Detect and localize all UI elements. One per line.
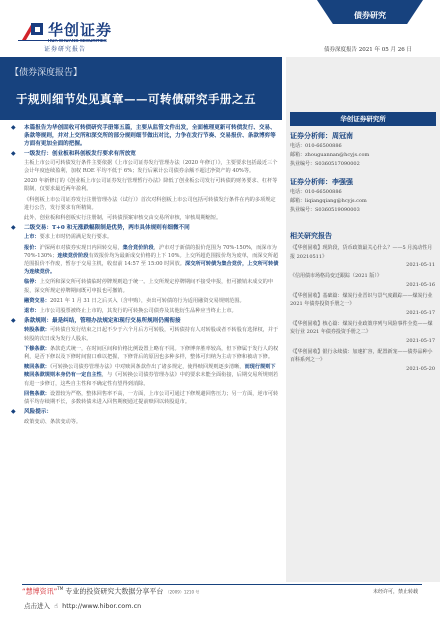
risk-text: 政策变动、条款变动等。 — [8, 418, 280, 426]
diamond-bullet-icon: ◆ — [11, 224, 16, 232]
analyst-email[interactable]: 邮箱：liqiangqiang@hcyjs.com — [290, 197, 367, 206]
related-report-date: 2021-05-11 — [290, 261, 435, 270]
summary-text: 本篇报告为华创固收可转债研究手册第五篇，主要从监管文件出发，全面梳理更新可转债发… — [24, 125, 276, 147]
primary-p4: 此外，创业板和科创板实行注册制，可转债预案审核交由交易所审核，审核周期缩短。 — [8, 214, 280, 222]
delist-keyword: 退市： — [24, 308, 40, 314]
footer-license: （2009）1210 号 — [166, 589, 200, 594]
terms-bullet: ◆ 条款规则：最是纠结，管理办法规定和现行交易所规则仍需衔接 — [8, 317, 280, 325]
analyst-email[interactable]: 邮箱：zhouguannan@hcyjs.com — [290, 151, 369, 160]
section-tab: 债券研究 — [317, 0, 423, 24]
report-type-date: 债券深度报告 2021 年 05 月 26 日 — [324, 45, 412, 53]
risk-bullet: ◆ 风险提示： — [8, 408, 280, 416]
footer-slogan: 专业的投资研究大数据分享平台 — [65, 587, 163, 595]
related-report-date: 2021-05-17 — [290, 337, 435, 346]
halt-keyword: 临停： — [24, 279, 40, 285]
trademark-icon: TM — [57, 586, 63, 591]
halt-text: 上交所和深交所可转债临时停牌规则趋于统一。上交所规定停牌期间不接受申报，但可撤销… — [24, 279, 273, 293]
diamond-bullet-icon: ◆ — [11, 124, 16, 132]
related-report-date: 2021-05-16 — [290, 281, 435, 290]
primary-p3: 《科创板上市公司证券发行注册管理办法（试行）》首次对科创板上市公司包括可转债发行… — [8, 196, 280, 212]
related-report-link[interactable]: 《【华创固收】核心篇：煤炭行业政策序列与风险事件全览——煤炭行业 2021 年债… — [290, 320, 435, 337]
brand-subtitle: 证券研究报告 — [44, 44, 86, 53]
listing-text: 要求上市时仍需满足发行要求。 — [40, 234, 113, 240]
delist-text: 上市公司股票被终止上市的，其发行的可转换公司债券及其他衍生品种应当终止上市。 — [40, 308, 237, 314]
enter-label: 点击进入 — [24, 602, 50, 610]
logo-mark-icon — [22, 20, 44, 40]
footer-brand: “慧博资讯” — [22, 587, 57, 595]
report-tag: 【债券深度报告】 — [10, 65, 82, 78]
analyst-card: 证券分析师：周冠南 电话：010-66500886 邮箱：zhouguannan… — [290, 129, 369, 169]
analyst-license: 执业编号：S0360519090003 — [290, 206, 367, 215]
summary-bullet: ◆ 本篇报告为华创固收可转债研究手册第五篇，主要从监管文件出发，全面梳理更新可转… — [8, 124, 280, 149]
analyst-name: 证券分析师：李强强 — [290, 175, 367, 188]
primary-bullet: ◆ 一级发行：创业板和科创板发行要求有所放宽 — [8, 150, 280, 158]
risk-heading: 风险提示： — [24, 409, 52, 415]
footer-link-row: 点击进入 ☝ http://www.hibor.com.cn — [24, 601, 141, 610]
listing-keyword: 上市： — [24, 234, 40, 240]
primary-heading: 一级发行：创业板和科创板发行要求有所放宽 — [24, 151, 136, 157]
terms-heading: 条款规则：最是纠结，管理办法规定和现行交易所规则仍需衔接 — [24, 318, 181, 324]
analyst-phone: 电话：010-66500886 — [290, 142, 369, 151]
diamond-bullet-icon: ◆ — [11, 150, 16, 158]
secondary-bullet: ◆ 二级交易：T+0 和无涨跌幅限制是优势，两市具体规则有细微不同 — [8, 224, 280, 232]
main-content: ◆ 本篇报告为华创固收可转债研究手册第五篇，主要从监管文件出发，全面梳理更新可转… — [8, 124, 280, 428]
footer-url-link[interactable]: http://www.hibor.com.cn — [62, 602, 141, 610]
related-report-link[interactable]: 《【华创固收】现阶段，货币政策最关心什么？——5 月流动性月报 20210511… — [290, 244, 435, 261]
related-reports-title: 相关研究报告 — [290, 231, 332, 241]
sidebar-header: 华创证券研究所 — [290, 112, 436, 126]
call-keyword: 赎回条款： — [24, 364, 50, 370]
put-text: 设置较为严格，整体回售率不高，一方面，上市公司可通过下修规避回售压力；另一方面，… — [24, 391, 278, 405]
related-report-link[interactable]: 《【华创固收】基础篇：煤炭行业晋识与景气度跟踪——煤炭行业 2021 年债券投资… — [290, 292, 435, 309]
put-keyword: 回售条款： — [24, 391, 50, 397]
reset-para: 下修条款：条款范式统一，在时间区间和价格比例设置上略有不同。下修博弈胜率较高，但… — [8, 345, 280, 361]
reset-keyword: 下修条款： — [24, 346, 50, 352]
report-title: 于规则细节处见真章——可转债研究手册之五 — [16, 91, 256, 107]
footer-branding: “慧博资讯”TM 专业的投资研究大数据分享平台 （2009）1210 号 — [22, 586, 199, 596]
sidebar: 华创证券研究所 证券分析师：周冠南 电话：010-66500886 邮箱：zho… — [286, 57, 440, 582]
related-report-date: 2021-05-17 — [290, 309, 435, 318]
margin-keyword: 融资交易： — [24, 298, 50, 304]
halt-para: 临停：上交所和深交所可转债临时停牌规则趋于统一。上交所规定停牌期间不接受申报，但… — [8, 278, 280, 294]
quote-para: 报价：沪深两市对债券实现日内回转交易，集合竞价阶段，沪市对于新债的报价范围为 7… — [8, 244, 280, 277]
diamond-bullet-icon: ◆ — [11, 317, 16, 325]
convert-text: 可转债自发行结束之日起不少于六个月后方可转股，可转债持有人对转股或者不转股有选择… — [24, 327, 278, 341]
copyright-notice: 未经许可，禁止转载 — [373, 588, 418, 595]
call-para: 赎回条款：《可转换公司债券管理办法》中对赎回条款作出了诸多规定，使得赎回规则逐步… — [8, 363, 280, 388]
analyst-phone: 电话：010-66500886 — [290, 188, 367, 197]
primary-p1: 主板上市公司可转债发行条件主要依据《上市公司证券发行管理办法（2020 年修订）… — [8, 159, 280, 175]
analyst-name: 证券分析师：周冠南 — [290, 129, 369, 142]
listing-para: 上市：要求上市时仍需满足发行要求。 — [8, 233, 280, 241]
footer-divider — [22, 584, 422, 585]
secondary-heading: 二级交易：T+0 和无涨跌幅限制是优势，两市具体规则有细微不同 — [24, 225, 190, 231]
analyst-license: 执业编号：S0360517090002 — [290, 160, 369, 169]
title-banner: 【债券深度报告】 于规则细节处见真章——可转债研究手册之五 — [0, 57, 282, 120]
logo-divider — [18, 40, 106, 41]
margin-text: 2021 年 1 月 31 日之后买入（含申购），卖出可转债的行为适用融资交易规… — [50, 298, 245, 304]
delist-para: 退市：上市公司股票被终止上市的，其发行的可转换公司债券及其他衍生品种应当终止上市… — [8, 307, 280, 315]
related-reports-list: 《【华创固收】现阶段，货币政策最关心什么？——5 月流动性月报 20210511… — [290, 244, 435, 376]
put-para: 回售条款：设置较为严格，整体回售率不高，一方面，上市公司可通过下修规避回售压力；… — [8, 390, 280, 406]
call-text-a: 《可转换公司债券管理办法》中对赎回条款作出了诸多规定，使得赎回规则逐步清晰， — [50, 364, 245, 370]
quote-bold-b: 集合竞价阶段 — [123, 245, 154, 251]
diamond-bullet-icon: ◆ — [11, 408, 16, 416]
brand-name-cn: 华创证券 — [48, 19, 112, 40]
pointer-hand-icon: ☝ — [52, 602, 60, 610]
margin-para: 融资交易：2021 年 1 月 31 日之后买入（含申购），卖出可转债的行为适用… — [8, 297, 280, 305]
convert-para: 转股条款：可转债自发行结束之日起不少于六个月后方可转股，可转债持有人对转股或者不… — [8, 326, 280, 342]
related-report-link[interactable]: 《【华创固收】银行永续债：加速扩容，配置新宠——债券品种小百科系列之一》 — [290, 348, 435, 365]
reset-text: 条款范式统一，在时间区间和价格比例设置上略有不同。下修博弈胜率较高，但下修属于发… — [24, 346, 278, 360]
related-report-link[interactable]: 《信用债市场格局变迁跟踪（2021 版）》 — [290, 272, 435, 281]
quote-bold-d: 连续竞价阶段 — [57, 253, 88, 259]
related-report-date: 2021-05-20 — [290, 365, 435, 374]
primary-p2: 2020 年新修订的《创业板上市公司证券发行管理暂行办法》降低了创业板公司发行可… — [8, 177, 280, 193]
analyst-card: 证券分析师：李强强 电话：010-66500886 邮箱：liqiangqian… — [290, 175, 367, 215]
quote-keyword: 报价： — [24, 245, 40, 251]
quote-text-a: 沪深两市对债券实现日内回转交易， — [40, 245, 123, 251]
convert-keyword: 转股条款： — [24, 327, 50, 333]
